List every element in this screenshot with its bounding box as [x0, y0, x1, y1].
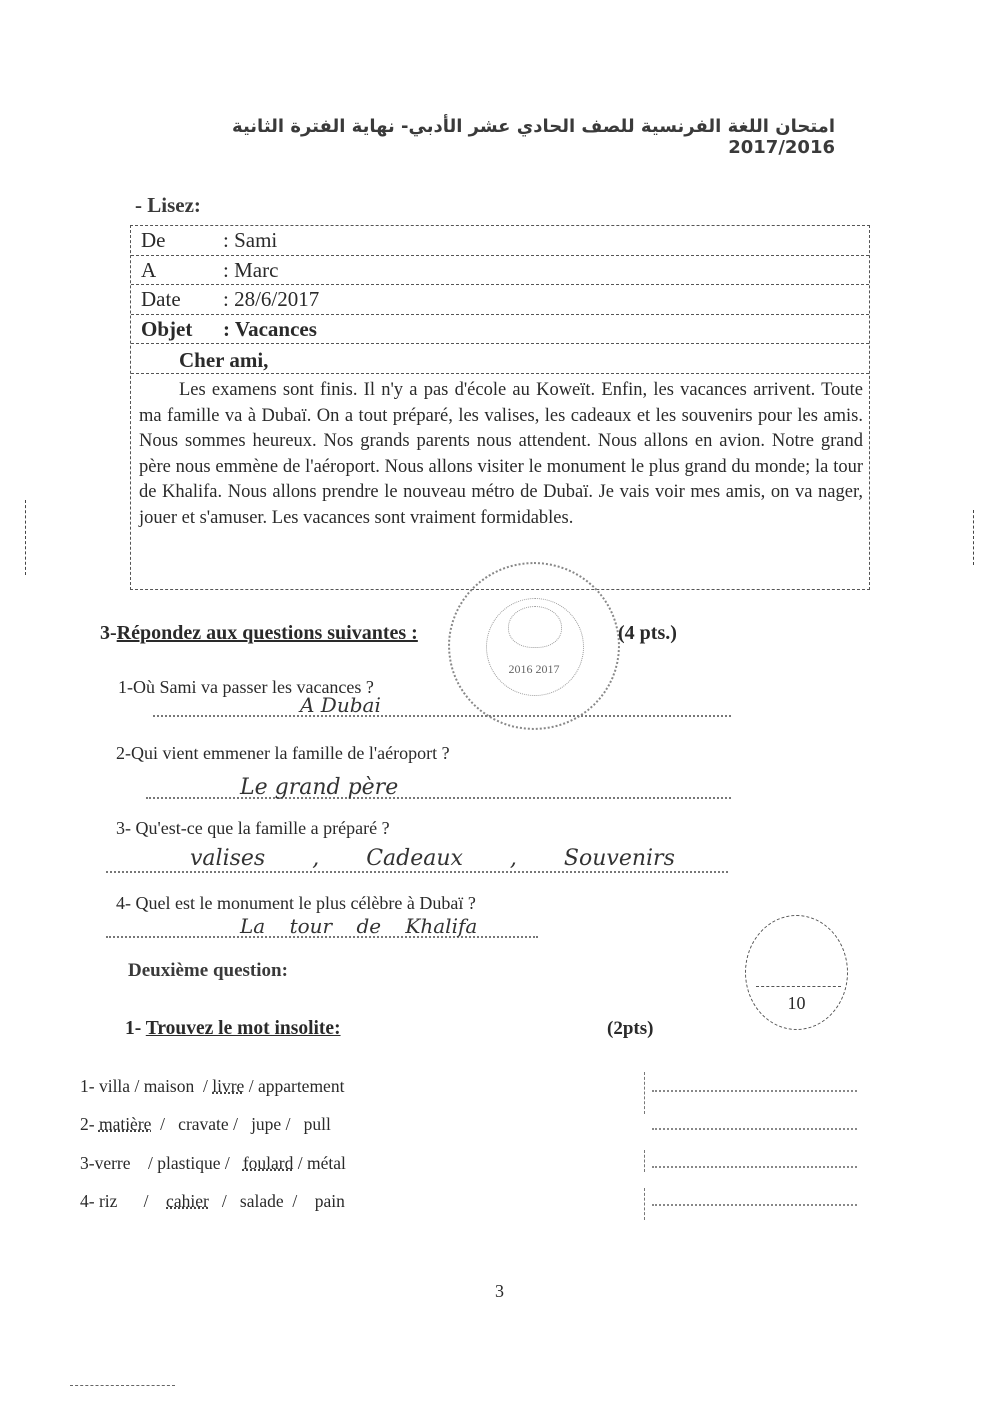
answer-line-1[interactable] — [153, 715, 731, 717]
odd-word-answer-4[interactable] — [652, 1204, 857, 1206]
handwritten-answer-4: La tour de Khalifa — [240, 914, 477, 938]
word-option: salade — [240, 1191, 284, 1211]
odd-word-item-4: 4- riz / cahier / salade / pain — [80, 1191, 345, 1212]
page-number: 3 — [495, 1281, 504, 1302]
answer-line-2[interactable] — [146, 797, 731, 799]
stamp-emblem-icon — [508, 606, 562, 648]
odd-word-item-1: 1- villa / maison / livre / appartement — [80, 1076, 344, 1097]
word-option-underlined: matière — [99, 1114, 151, 1134]
odd-word-item-2: 2- matière / cravate / jupe / pull — [80, 1114, 331, 1135]
item-number: 3- — [80, 1153, 95, 1173]
letter-header-row-date: Date : 28/6/2017 — [131, 285, 869, 315]
scan-bottom-mark — [70, 1385, 175, 1386]
exercise-1-points: (2pts) — [607, 1018, 653, 1040]
letter-header-value: : Sami — [223, 228, 277, 253]
answer-column-separator — [644, 1188, 645, 1220]
letter-body: Les examens sont finis. Il n'y a pas d'é… — [139, 378, 863, 531]
exercise-1-number: 1- — [125, 1018, 141, 1039]
question-3: 3- Qu'est-ce que la famille a préparé ? — [116, 818, 390, 839]
letter-header-value: : Marc — [223, 258, 278, 283]
section-3-title: Répondez aux questions suivantes : — [117, 622, 418, 644]
odd-word-item-3: 3-verre / plastique / foulard / métal — [80, 1153, 346, 1174]
word-option: villa — [99, 1076, 130, 1096]
stamp-year: 2016 2017 — [450, 662, 618, 677]
word-option: pain — [315, 1191, 345, 1211]
letter-header-key: Objet — [141, 317, 192, 342]
item-number: 4- — [80, 1191, 95, 1211]
word-option: verre — [95, 1153, 131, 1173]
item-number: 1- — [80, 1076, 95, 1096]
answer-line-3[interactable] — [106, 871, 728, 873]
score-fraction-line — [756, 986, 841, 987]
word-option-underlined: cahier — [166, 1191, 209, 1211]
letter-box: De : Sami A : Marc Date : 28/6/2017 Obje… — [130, 225, 870, 590]
item-number: 2- — [80, 1114, 95, 1134]
answer-column-separator — [644, 1150, 645, 1172]
letter-header-key: A — [141, 258, 156, 283]
word-option: métal — [307, 1153, 346, 1173]
odd-word-answer-3[interactable] — [652, 1166, 857, 1168]
exercise-1-title: Trouvez le mot insolite: — [146, 1018, 341, 1039]
handwritten-answer-3: valises , Cadeaux , Souvenirs — [190, 846, 675, 871]
word-option: riz — [99, 1191, 117, 1211]
section-3-heading: 3-Répondez aux questions suivantes : — [100, 622, 418, 645]
odd-word-answer-1[interactable] — [652, 1090, 857, 1092]
score-denominator: 10 — [746, 993, 847, 1014]
word-option: pull — [304, 1114, 331, 1134]
question-4: 4- Quel est le monument le plus célèbre … — [116, 893, 476, 914]
letter-header-key: Date — [141, 287, 181, 312]
word-option: cravate — [178, 1114, 229, 1134]
scan-margin-mark-left — [25, 500, 26, 575]
word-option: maison — [144, 1076, 195, 1096]
question-2: 2-Qui vient emmener la famille de l'aéro… — [116, 743, 450, 764]
exercise-1-heading: 1- Trouvez le mot insolite: — [125, 1018, 341, 1040]
word-option: jupe — [251, 1114, 281, 1134]
scan-margin-mark-right — [973, 510, 974, 565]
letter-header-value: : Vacances — [223, 317, 317, 342]
word-option: plastique — [157, 1153, 220, 1173]
handwritten-answer-2: Le grand père — [240, 775, 398, 800]
reading-instruction: - Lisez: — [135, 193, 201, 218]
section-3-number: 3- — [100, 622, 117, 644]
section-3-points: (4 pts.) — [618, 622, 677, 645]
score-circle: 10 — [745, 915, 848, 1030]
school-stamp: 2016 2017 — [448, 562, 620, 730]
word-option: appartement — [258, 1076, 344, 1096]
word-option-underlined: foulard — [243, 1153, 294, 1173]
letter-header-row-from: De : Sami — [131, 226, 869, 256]
word-option-underlined: livre — [212, 1076, 244, 1096]
letter-header-row-subject: Objet : Vacances — [131, 315, 869, 345]
handwritten-answer-1: A Dubai — [300, 693, 381, 717]
answer-column-separator — [644, 1072, 645, 1114]
letter-salutation: Cher ami, — [179, 348, 268, 373]
odd-word-answer-2[interactable] — [652, 1128, 857, 1130]
letter-header-row-to: A : Marc — [131, 256, 869, 286]
letter-header-value: : 28/6/2017 — [223, 287, 319, 312]
section-2-heading: Deuxième question: — [128, 960, 288, 982]
exam-header-arabic: امتحان اللغة الفرنسية للصف الحادي عشر ال… — [225, 116, 835, 158]
letter-header-key: De — [141, 228, 166, 253]
